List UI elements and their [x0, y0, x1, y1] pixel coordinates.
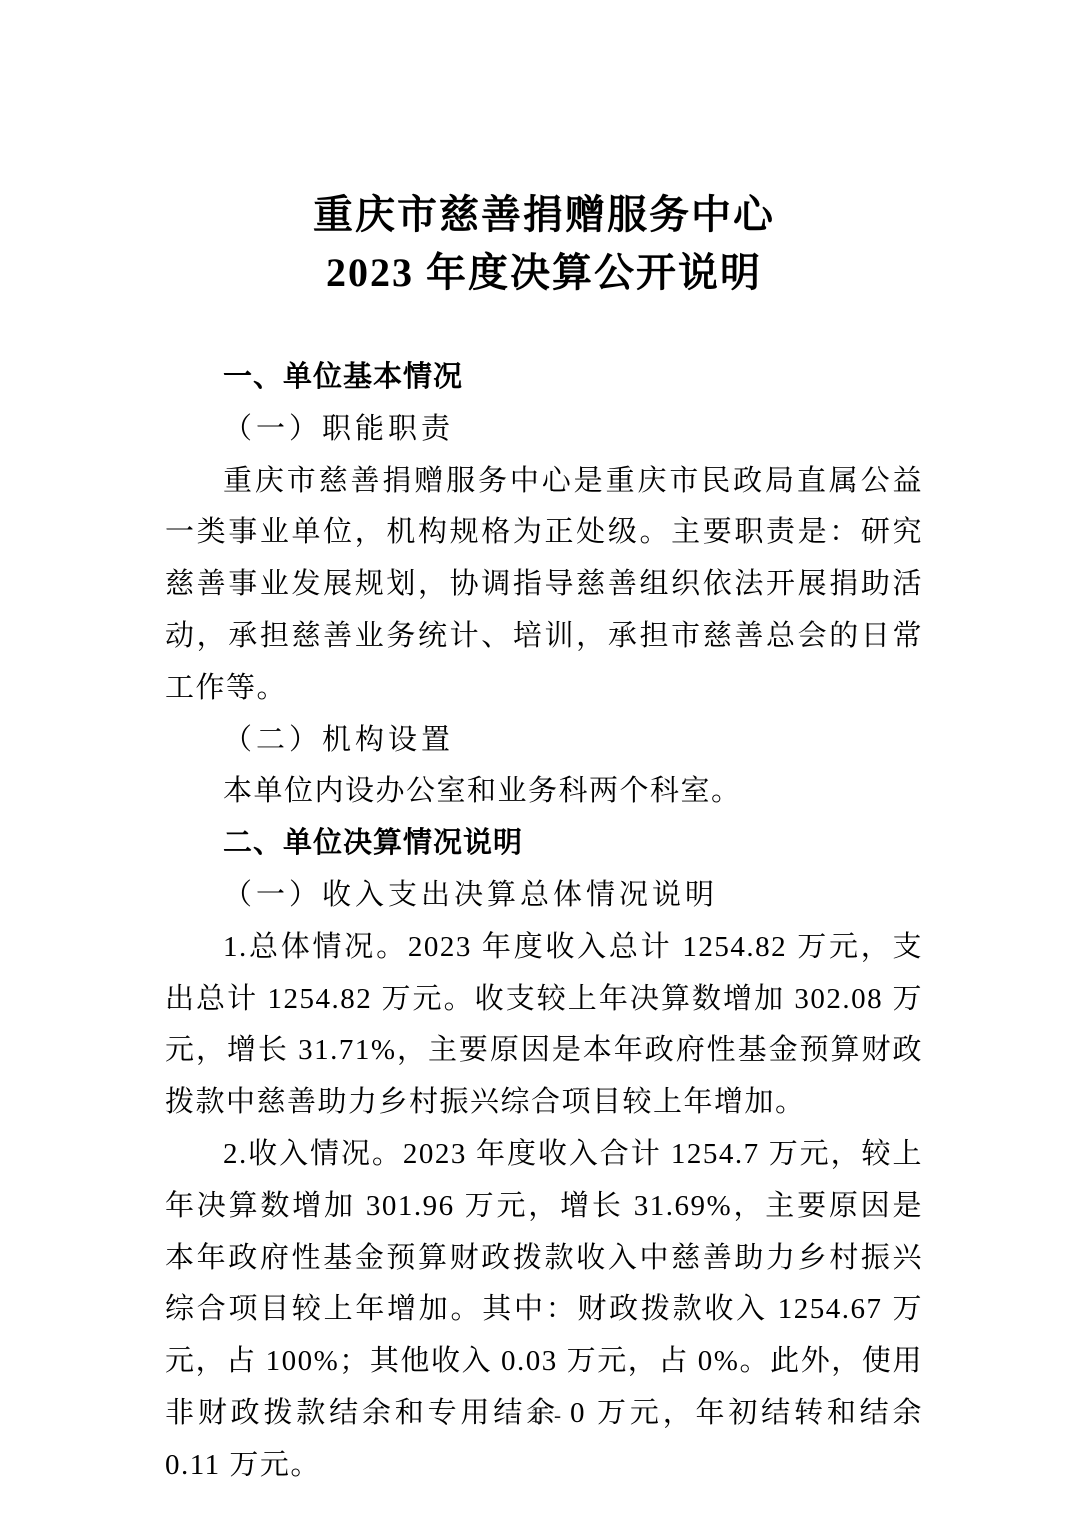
paragraph-income-situation: 2.收入情况。2023 年度收入合计 1254.7 万元，较上年决算数增加 30… — [165, 1129, 923, 1492]
page-number: - 1 - — [0, 1403, 1075, 1428]
heading-final-accounts: 二、单位决算情况说明 — [165, 818, 923, 870]
subheading-income-expense-overview: （一）收入支出决算总体情况说明 — [165, 870, 923, 922]
paragraph-org-structure: 本单位内设办公室和业务科两个科室。 — [165, 766, 923, 818]
paragraph-overall-situation: 1.总体情况。2023 年度收入总计 1254.82 万元，支出总计 1254.… — [165, 922, 923, 1129]
heading-basic-info: 一、单位基本情况 — [165, 352, 923, 404]
document-title: 重庆市慈善捐赠服务中心 2023 年度决算公开说明 — [165, 186, 923, 302]
subheading-duties: （一）职能职责 — [165, 404, 923, 456]
paragraph-duties: 重庆市慈善捐赠服务中心是重庆市民政局直属公益一类事业单位，机构规格为正处级。主要… — [165, 456, 923, 715]
document-page: 重庆市慈善捐赠服务中心 2023 年度决算公开说明 一、单位基本情况 （一）职能… — [0, 0, 1075, 1520]
title-line-1: 重庆市慈善捐赠服务中心 — [165, 186, 923, 244]
title-line-2: 2023 年度决算公开说明 — [165, 244, 923, 302]
document-content: 重庆市慈善捐赠服务中心 2023 年度决算公开说明 一、单位基本情况 （一）职能… — [165, 186, 923, 1492]
subheading-org-structure: （二）机构设置 — [165, 715, 923, 767]
